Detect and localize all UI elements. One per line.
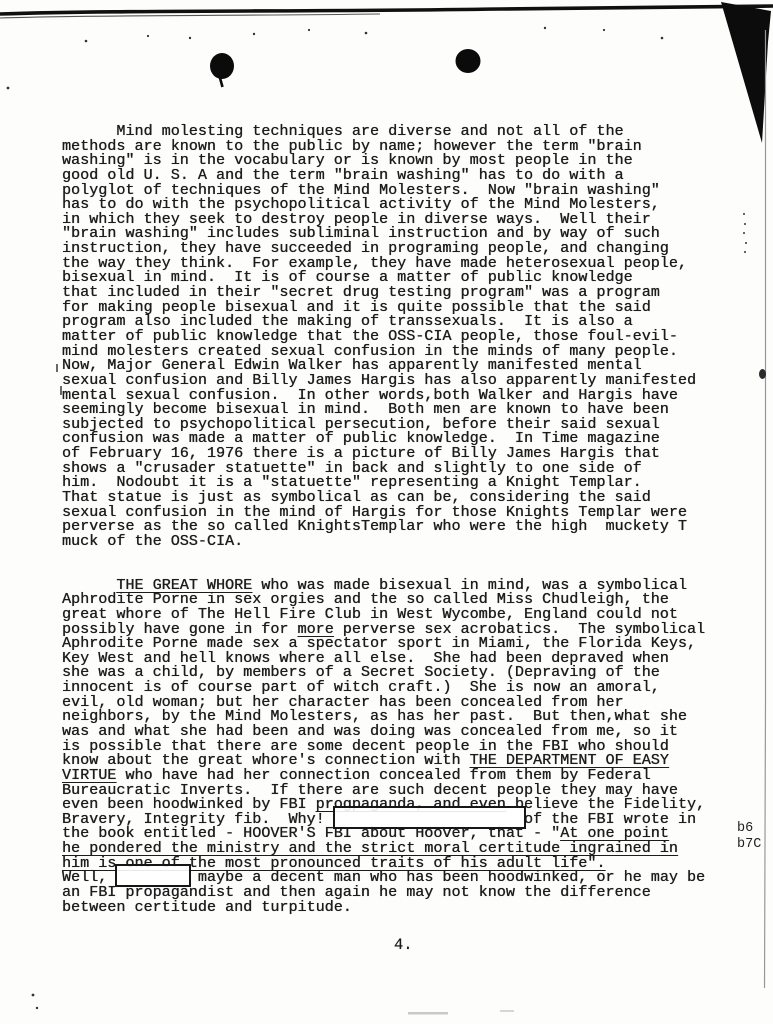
- hole-punch-dot-right: [456, 49, 481, 73]
- scan-corner-fold: [721, 2, 771, 143]
- document-body: Mind molesting techniques are diverse an…: [62, 124, 742, 914]
- text-segment: between certitude and turpitude.: [62, 898, 352, 916]
- text-line: between certitude and turpitude.: [62, 900, 742, 915]
- paragraph: Mind molesting techniques are diverse an…: [62, 124, 742, 549]
- redaction-box: [334, 822, 524, 823]
- scan-bottom-smudge-1: [408, 1012, 448, 1015]
- scan-top-edge-line: [0, 6, 773, 14]
- scan-bottom-smudge-2: [500, 1010, 514, 1012]
- hole-punch-tail: [220, 78, 223, 87]
- foia-exemption-codes: b6 b7C: [737, 821, 761, 852]
- scan-edge-blob: [759, 369, 766, 379]
- redaction-box: [116, 880, 188, 881]
- paragraph: THE GREAT WHORE who was made bisexual in…: [62, 578, 742, 915]
- scan-top-edge-line-2: [0, 14, 380, 18]
- exemption-code-b7c: b7C: [737, 837, 761, 853]
- hole-punch-dot-left: [210, 53, 234, 79]
- page-number: 4.: [394, 936, 413, 954]
- scan-right-edge-line: [765, 30, 766, 988]
- text-line: muck of the OSS-CIA.: [62, 534, 742, 549]
- text-segment: muck of the OSS-CIA.: [62, 532, 243, 550]
- exemption-code-b6: b6: [737, 821, 761, 837]
